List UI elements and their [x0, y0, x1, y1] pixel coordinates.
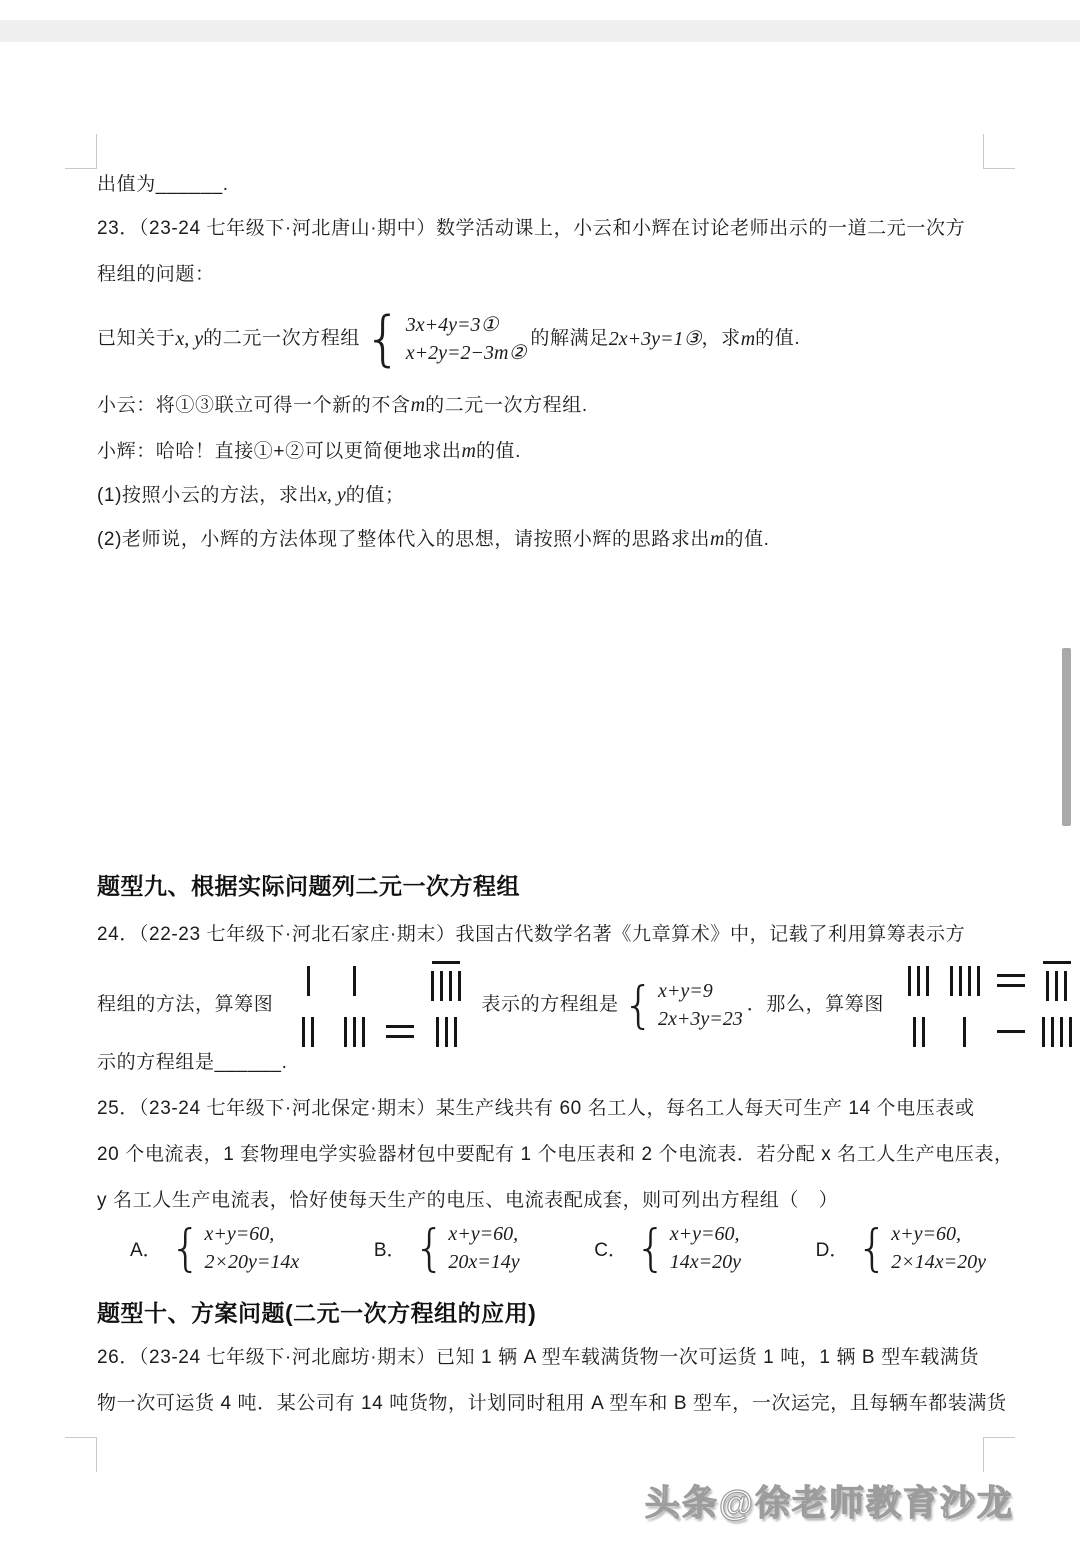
- option-b-eq-1: x+y=60,: [448, 1222, 519, 1246]
- q23-xiaoyun-end: 的二元一次方程组.: [425, 395, 588, 416]
- option-b-eq-2: 20x=14y: [448, 1250, 519, 1274]
- q24-line-1: 24．（22-23 七年级下·河北石家庄·期末）我国古代数学名著《九章算术》中，…: [97, 922, 965, 948]
- q23-part2-text: (2)老师说，小辉的方法体现了整体代入的思想，请按照小辉的思路求出: [97, 529, 710, 550]
- q25-line-1: 25．（23-24 七年级下·河北保定·期末）某生产线共有 60 名工人，每名工…: [97, 1096, 975, 1122]
- page-gap-band: [0, 20, 1080, 42]
- q23-eq-suffix-1: 的解满足: [530, 326, 608, 352]
- option-a: A． { x+y=60, 2×20y=14x: [130, 1222, 303, 1274]
- q24-seg-2: 表示的方程组是: [481, 992, 618, 1018]
- option-d: D． { x+y=60, 2×14x=20y: [816, 1222, 990, 1274]
- q23-part1-line: (1)按照小云的方法，求出x, y的值；: [97, 482, 405, 509]
- q25-options-row: A． { x+y=60, 2×20y=14x B． { x+y=60, 20x=…: [130, 1222, 990, 1274]
- q24-system-eq-2: 2x+3y=23: [658, 1007, 743, 1031]
- q23-part2-m: m: [710, 528, 724, 550]
- q23-system-eq-2: x+2y=2−3m②: [406, 341, 527, 365]
- q23-eq-3: 2x+3y=1③: [609, 326, 702, 352]
- option-a-eq-2: 2×20y=14x: [205, 1250, 300, 1274]
- q22-answer-blank-line: 出值为______.: [97, 172, 229, 198]
- q23-eq-xy: x, y: [175, 326, 203, 352]
- crop-mark-bottom-right: [983, 1437, 1015, 1472]
- left-brace: {: [414, 1226, 446, 1271]
- q24-system-eq-1: x+y=9: [658, 979, 743, 1003]
- q23-equation-system: { 3x+4y=3① x+2y=2−3m②: [364, 312, 526, 366]
- left-brace: {: [623, 983, 655, 1028]
- crop-mark-bottom-left: [65, 1437, 97, 1472]
- option-a-label: A．: [130, 1235, 162, 1262]
- q23-eq-prefix-2: 的二元一次方程组: [203, 326, 360, 352]
- option-c-label: C．: [594, 1235, 627, 1262]
- crop-mark-top-right: [983, 134, 1015, 169]
- q23-xiaohui-end: 的值.: [476, 441, 521, 462]
- q25-line-2: 20 个电流表，1 套物理电学实验器材包中要配有 1 个电压表和 2 个电流表．…: [97, 1142, 1014, 1168]
- q23-system-eq-1: 3x+4y=3①: [406, 313, 527, 337]
- left-brace: {: [170, 1226, 202, 1271]
- q23-part1-text: (1)按照小云的方法，求出: [97, 485, 318, 506]
- option-c-eq-1: x+y=60,: [670, 1222, 741, 1246]
- document-page: 出值为______. 23．（23-24 七年级下·河北唐山·期中）数学活动课上…: [0, 0, 1080, 1547]
- q25-line-3: y 名工人生产电流表，恰好使每天生产的电压、电流表配成套，则可列出方程组（ ）: [97, 1188, 838, 1214]
- q24-line-3: 示的方程组是______.: [97, 1050, 287, 1076]
- left-brace: {: [635, 1226, 667, 1271]
- q24-seg-3: ．那么，算筹图: [747, 992, 884, 1018]
- q26-line-2: 物一次可运货 4 吨．某公司有 14 吨货物，计划同时租用 A 型车和 B 型车…: [97, 1391, 1007, 1417]
- option-c-eq-2: 14x=20y: [670, 1250, 741, 1274]
- q23-eq-prefix-1: 已知关于: [97, 326, 175, 352]
- q24-diagram-line: 程组的方法，算筹图 表示的方程组是 { x+y=9 2x+3y=23 ．那么，算…: [97, 955, 1080, 1055]
- q23-xiaoyun-m: m: [411, 394, 425, 416]
- option-b: B． { x+y=60, 20x=14y: [374, 1222, 524, 1274]
- q23-xiaoyun-text: 小云：将①③联立可得一个新的不含: [97, 395, 411, 416]
- q23-equation-line: 已知关于 x, y 的二元一次方程组 { 3x+4y=3① x+2y=2−3m②…: [97, 302, 800, 376]
- option-d-eq-1: x+y=60,: [891, 1222, 986, 1246]
- q24-seg-1: 程组的方法，算筹图: [97, 992, 273, 1018]
- q23-part2-end: 的值.: [724, 529, 769, 550]
- q23-line-1: 23．（23-24 七年级下·河北唐山·期中）数学活动课上，小云和小辉在讨论老师…: [97, 216, 965, 242]
- q23-eq-m: m: [741, 326, 755, 352]
- q23-xiaohui-m: m: [462, 440, 476, 462]
- q23-eq-suffix-3: 的值.: [755, 326, 800, 352]
- option-d-label: D．: [816, 1235, 849, 1262]
- option-a-eq-1: x+y=60,: [205, 1222, 300, 1246]
- option-c: C． { x+y=60, 14x=20y: [594, 1222, 745, 1274]
- counting-rod-diagram-2: [896, 961, 1080, 1050]
- q23-eq-suffix-2: ，求: [701, 326, 740, 352]
- left-brace: {: [364, 312, 403, 366]
- crop-mark-top-left: [65, 134, 97, 169]
- q23-part2-line: (2)老师说，小辉的方法体现了整体代入的思想，请按照小辉的思路求出m的值.: [97, 526, 770, 553]
- counting-rod-diagram-1: [285, 961, 469, 1050]
- q23-xiaoyun-line: 小云：将①③联立可得一个新的不含m的二元一次方程组.: [97, 392, 588, 419]
- vertical-scrollbar-thumb[interactable]: [1062, 648, 1071, 826]
- section-9-title: 题型九、根据实际问题列二元一次方程组: [97, 868, 520, 901]
- option-d-eq-2: 2×14x=20y: [891, 1250, 986, 1274]
- q23-part1-xy: x, y: [318, 484, 346, 506]
- option-b-label: B．: [374, 1235, 406, 1262]
- q23-xiaohui-line: 小辉：哈哈！直接①+②可以更简便地求出m的值.: [97, 438, 521, 465]
- section-10-title: 题型十、方案问题(二元一次方程组的应用): [97, 1295, 536, 1328]
- q26-line-1: 26．（23-24 七年级下·河北廊坊·期末）已知 1 辆 A 型车载满货物一次…: [97, 1345, 979, 1371]
- left-brace: {: [856, 1226, 888, 1271]
- q23-xiaohui-text: 小辉：哈哈！直接①+②可以更简便地求出: [97, 441, 462, 462]
- watermark-text: 头条@徐老师教育沙龙: [645, 1476, 1014, 1526]
- q23-line-2: 程组的问题：: [97, 262, 215, 288]
- q24-equation-system: { x+y=9 2x+3y=23: [623, 979, 743, 1031]
- q23-part1-end: 的值；: [346, 485, 405, 506]
